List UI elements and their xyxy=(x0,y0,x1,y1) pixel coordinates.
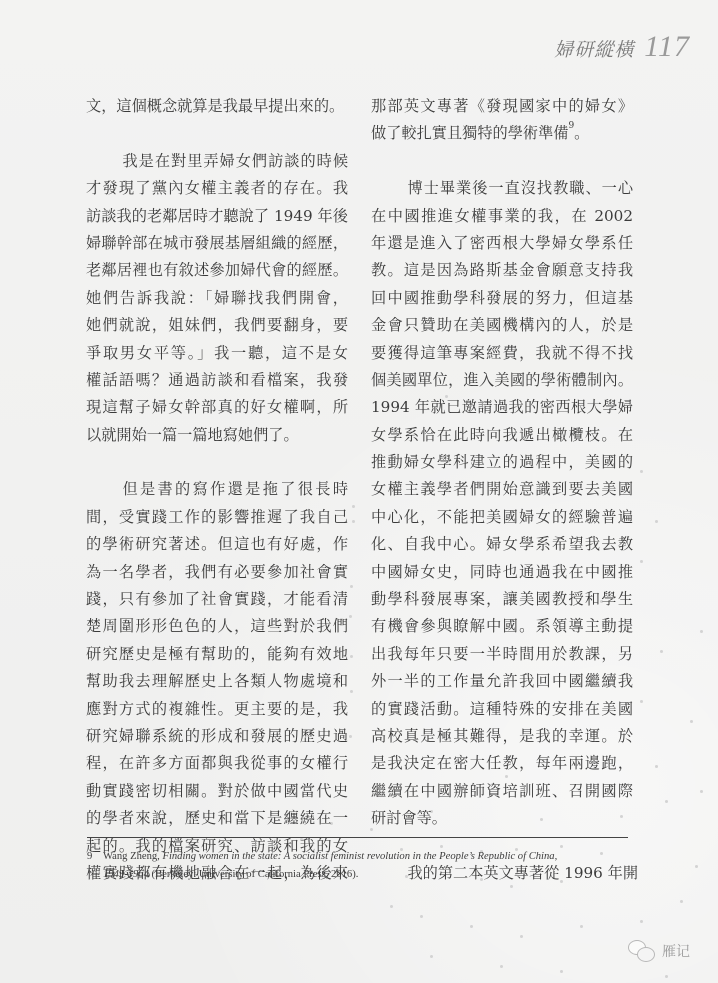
text-line: 回中國推動學科發展的努力，但這基 xyxy=(371,285,633,312)
text-line: 楚周圍形形色色的人，這些對於我們 xyxy=(86,613,348,640)
text-line: 有機會參與瞭解中國。系領導主動提 xyxy=(371,613,633,640)
text-line: 才發現了黨內女權主義者的存在。我 xyxy=(86,175,348,202)
text-line: 是我決定在密大任教，每年兩邊跑， xyxy=(371,750,633,777)
paragraph: 那部英文專著《發現國家中的婦女》 做了較扎實且獨特的學術準備9。 xyxy=(371,93,633,148)
text-line: 金會只贊助在美國機構內的人，於是 xyxy=(371,312,633,339)
text-line: 權話語嗎？通過訪談和看檔案，我發 xyxy=(86,367,348,394)
text-line: 中心化，不能把美國婦女的經驗普遍 xyxy=(371,504,633,531)
text-line: 程，在許多方面都與我從事的女權行 xyxy=(86,750,348,777)
text-line: 研究歷史是極有幫助的，能夠有效地 xyxy=(86,641,348,668)
footnote-publication: (Berkeley: University of California Pres… xyxy=(149,869,358,880)
text-line: 高校真是極其難得，是我的幸運。於 xyxy=(371,723,633,750)
text-line: 婦聯幹部在城市發展基層組織的經歷， xyxy=(86,230,348,257)
text-line: 繼續在中國辦師資培訓班、召開國際 xyxy=(371,778,633,805)
text-line: 做了較扎實且獨特的學術準備9。 xyxy=(371,120,633,147)
text-line: 博士畢業後一直沒找教職、一心 xyxy=(371,175,633,202)
text-line: 推動婦女學科建立的過程中，美國的 xyxy=(371,449,633,476)
footnote-title-years: 1949-1964 xyxy=(103,869,149,880)
text-line: 個美國單位，進入美國的學術體制內。 xyxy=(371,367,633,394)
paragraph: 博士畢業後一直沒找教職、一心 在中國推進女權事業的我，在 2002 年還是進入了… xyxy=(371,175,633,832)
footnote-divider xyxy=(87,837,628,838)
text-line: 踐，只有參加了社會實踐，才能看清 xyxy=(86,586,348,613)
text-line: 為一名學者，我們有必要參加社會實 xyxy=(86,559,348,586)
text-line: 爭取男女平等。」我一聽，這不是女 xyxy=(86,340,348,367)
text-line: 年還是進入了密西根大學婦女學系任 xyxy=(371,230,633,257)
page-number: 117 xyxy=(644,30,690,64)
text-line: 女權主義學者們開始意識到要去美國 xyxy=(371,476,633,503)
left-column: 文，這個概念就算是我最早提出來的。 我是在對里弄婦女們訪談的時候 才發現了黨內女… xyxy=(86,93,348,887)
right-column: 那部英文專著《發現國家中的婦女》 做了較扎實且獨特的學術準備9。 博士畢業後一直… xyxy=(371,93,633,887)
running-header: 婦研縱橫 117 xyxy=(554,30,690,64)
footnote: 9Wang Zheng, Finding women in the state:… xyxy=(87,848,632,884)
text-line: 的學者來說，歷史和當下是纏繞在一 xyxy=(86,805,348,832)
text-line: 動學科發展專案，讓美國教授和學生 xyxy=(371,586,633,613)
text-line: 研討會等。 xyxy=(371,805,633,832)
text-line: 那部英文專著《發現國家中的婦女》 xyxy=(371,93,633,120)
wechat-icon xyxy=(628,940,656,962)
text-line: 她們告訴我說：「婦聯找我們開會， xyxy=(86,285,348,312)
paragraph: 文，這個概念就算是我最早提出來的。 xyxy=(86,93,348,120)
text-line: 但是書的寫作還是拖了很長時 xyxy=(86,476,348,503)
footnote-number: 9 xyxy=(87,848,103,866)
wechat-watermark: 雁记 xyxy=(628,940,690,962)
footnote-line-2: 1949-1964 (Berkeley: University of Calif… xyxy=(87,866,632,884)
paragraph: 我是在對里弄婦女們訪談的時候 才發現了黨內女權主義者的存在。我 訪談我的老鄰居時… xyxy=(86,148,348,449)
text-line: 中國婦女史，同時也通過我在中國推 xyxy=(371,559,633,586)
text-line: 文，這個概念就算是我最早提出來的。 xyxy=(86,93,348,120)
text-line: 女學系恰在此時向我遞出橄欖枝。在 xyxy=(371,422,633,449)
text-fragment: 。 xyxy=(574,124,589,142)
text-line: 我是在對里弄婦女們訪談的時候 xyxy=(86,148,348,175)
watermark-label: 雁记 xyxy=(662,941,690,961)
text-line: 間，受實踐工作的影響推遲了我自己 xyxy=(86,504,348,531)
footnote-title: Finding women in the state: A socialist … xyxy=(162,851,557,862)
text-fragment: 做了較扎實且獨特的學術準備 xyxy=(371,124,568,142)
text-line: 要獲得這筆專案經費，我就不得不找 xyxy=(371,340,633,367)
section-title: 婦研縱橫 xyxy=(554,35,634,62)
text-line: 幫助我去理解歷史上各類人物處境和 xyxy=(86,668,348,695)
text-line: 她們就說，姐妹們，我們要翻身，要 xyxy=(86,312,348,339)
text-line: 訪談我的老鄰居時才聽說了 1949 年後 xyxy=(86,203,348,230)
text-line: 研究婦聯系統的形成和發展的歷史過 xyxy=(86,723,348,750)
paragraph: 但是書的寫作還是拖了很長時 間，受實踐工作的影響推遲了我自己 的學術研究著述。但… xyxy=(86,476,348,887)
text-line: 外一半的工作量允許我回中國繼續我 xyxy=(371,668,633,695)
text-line: 化、自我中心。婦女學系希望我去教 xyxy=(371,531,633,558)
text-line: 老鄰居裡也有敘述參加婦代會的經歷。 xyxy=(86,257,348,284)
text-line: 教。這是因為路斯基金會願意支持我 xyxy=(371,257,633,284)
text-line: 應對方式的複雜性。更主要的是，我 xyxy=(86,696,348,723)
text-line: 出我每年只要一半時間用於教課，另 xyxy=(371,641,633,668)
footnote-author: Wang Zheng, xyxy=(103,851,162,862)
text-line: 現這幫子婦女幹部真的好女權啊，所 xyxy=(86,394,348,421)
text-line: 的實踐活動。這種特殊的安排在美國 xyxy=(371,696,633,723)
text-line: 以就開始一篇一篇地寫她們了。 xyxy=(86,422,348,449)
text-line: 在中國推進女權事業的我，在 2002 xyxy=(371,203,633,230)
text-line: 1994 年就已邀請過我的密西根大學婦 xyxy=(371,394,633,421)
text-line: 的學術研究著述。但這也有好處，作 xyxy=(86,531,348,558)
footnote-reference[interactable]: 9 xyxy=(568,121,574,131)
text-line: 動實踐密切相關。對於做中國當代史 xyxy=(86,778,348,805)
